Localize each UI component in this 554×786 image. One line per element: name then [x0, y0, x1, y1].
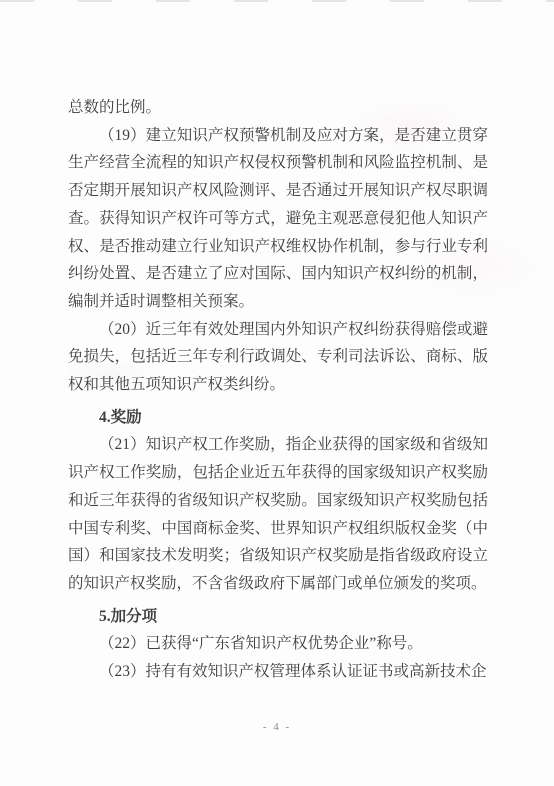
page-number: - 4 - — [0, 721, 554, 733]
paragraph-previous-tail: 总数的比例。 — [68, 94, 488, 122]
paragraph-item-20: （20）近三年有效处理国内外知识产权纠纷获得赔偿或避免损失，包括近三年专利行政调… — [68, 316, 488, 399]
section-heading-5-bonus-items: 5.加分项 — [68, 603, 488, 631]
paragraph-item-19: （19）建立知识产权预警机制及应对方案，是否建立贯穿生产经营全流程的知识产权侵权… — [68, 122, 488, 316]
section-heading-4-awards: 4.奖励 — [68, 404, 488, 432]
paragraph-item-22: （22）已获得“广东省知识产权优势企业”称号。 — [68, 630, 488, 658]
scan-edge-artifact — [0, 0, 554, 2]
document-body: 总数的比例。 （19）建立知识产权预警机制及应对方案，是否建立贯穿生产经营全流程… — [68, 94, 488, 686]
paragraph-item-21: （21）知识产权工作奖励，指企业获得的国家级和省级知识产权工作奖励，包括企业近五… — [68, 431, 488, 597]
document-page: 总数的比例。 （19）建立知识产权预警机制及应对方案，是否建立贯穿生产经营全流程… — [0, 0, 554, 786]
paragraph-item-23: （23）持有有效知识产权管理体系认证证书或高新技术企 — [68, 658, 488, 686]
